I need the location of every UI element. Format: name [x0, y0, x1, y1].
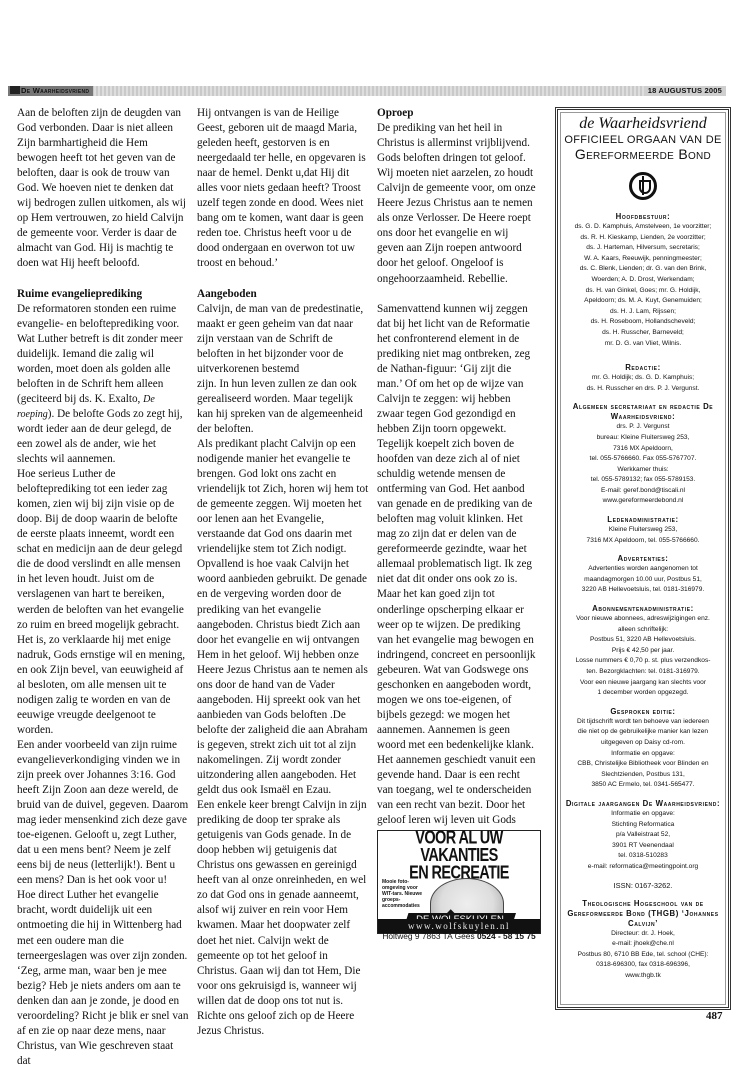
text-line: 3850 AC Ermelo, tel. 0341-565477.	[563, 780, 723, 791]
section-heading: Oproep	[377, 106, 537, 121]
text-line: Informatie en opgave:	[563, 809, 723, 820]
text-line: Voor nieuwe abonnees, adreswijzigingen e…	[563, 614, 723, 625]
page-number: 487	[706, 1010, 723, 1022]
text-line: uitgegeven op Daisy cd-rom.	[563, 738, 723, 749]
text-line: drs. P. J. Vergunst	[563, 422, 723, 433]
text-line: Voor een nieuwe jaargang kan slechts voo…	[563, 678, 723, 689]
text-line: Directeur: dr. J. Hoek,	[563, 929, 723, 940]
bond-emblem-icon	[629, 172, 657, 200]
logo-icon	[10, 86, 20, 94]
article-column-2: Hij ontvangen is van de Heilige Geest, g…	[197, 106, 369, 1039]
text-line: Kleine Fluitersweg 253,	[563, 525, 723, 536]
advertisement-wolfskuylen: VOOR AL UW VAKANTIES EN RECREATIE Mooie …	[377, 830, 541, 934]
text-line: ds. H. Roseboom, Hollandscheveld;	[563, 317, 723, 328]
masthead-organization: Gereformeerde Bond	[563, 147, 723, 162]
section-heading-abonnementen: Abonnementenadministratie:	[563, 604, 723, 614]
website-link[interactable]: www.gereformeerdebond.nl	[563, 496, 723, 507]
text-line: Prijs € 42,50 per jaar.	[563, 646, 723, 657]
text-line: Losse nummers € 0,70 p. st. plus verzend…	[563, 656, 723, 667]
text-line: Advertenties worden aangenomen tot	[563, 564, 723, 575]
masthead-title: de Waarheidsvriend	[563, 115, 723, 133]
text-line: 3220 AB Hellevoetsluis, tel. 0181-316979…	[563, 585, 723, 596]
paragraph: ‘Zeg, arme man, waar ben je mee bezig? H…	[17, 964, 189, 1068]
text-line: 0318-696300, fax 0318-696396,	[563, 960, 723, 971]
text-line: Postbus 51, 3220 AB Hellevoetsluis.	[563, 635, 723, 646]
text-line: 3901 RT Veenendaal	[563, 841, 723, 852]
text-line: p/a Valleistraat 52,	[563, 830, 723, 841]
text-run: De reformatoren stonden een ruime evange…	[17, 303, 183, 405]
paragraph: zijn. In hun leven zullen ze dan ook ger…	[197, 377, 369, 437]
subscription-info: Voor nieuwe abonnees, adreswijzigingen e…	[563, 614, 723, 699]
section-heading-hoofdbestuur: Hoofdbestuur:	[563, 212, 723, 222]
text-line: Postbus 80, 6710 BB Ede, tel. school (CH…	[563, 950, 723, 961]
email-link[interactable]: E-mail: geref.bond@tiscali.nl	[563, 486, 723, 497]
text-line: Informatie en opgave:	[563, 749, 723, 760]
masthead-subtitle: OFFICIEEL ORGAAN VAN DE	[563, 133, 723, 147]
section-heading: Aangeboden	[197, 287, 369, 302]
text-line: ten. Bezorgklachten: tel. 0181-316979.	[563, 667, 723, 678]
paragraph: De reformatoren stonden een ruime evange…	[17, 302, 189, 468]
text-line: Stichting Reformatica	[563, 820, 723, 831]
ad-headline-line1: VOOR AL UW VAKANTIES	[378, 830, 540, 865]
text-line: mr. D. G. van Vliet, Wilnis.	[563, 339, 723, 350]
section-heading: Ruime evangelieprediking	[17, 287, 189, 302]
secretariat-info: drs. P. J. Vergunst bureau: Kleine Fluit…	[563, 422, 723, 507]
text-line: Werkkamer thuis:	[563, 465, 723, 476]
email-link[interactable]: e-mail: jhoek@che.nl	[563, 939, 723, 950]
running-header: De Waarheidsvriend 18 Augustus 2005	[8, 86, 726, 96]
ad-illustration: Mooie foto-omgeving voor WIT-tars. Nieuw…	[378, 877, 540, 925]
publication-label: De Waarheidsvriend	[21, 86, 89, 95]
thgb-info: Directeur: dr. J. Hoek, e-mail: jhoek@ch…	[563, 929, 723, 982]
text-line: 1 december worden opgezegd.	[563, 688, 723, 699]
text-line: alleen schriftelijk:	[563, 625, 723, 636]
text-line: ds. H. Russcher, Barneveld;	[563, 328, 723, 339]
text-line: ds. H. J. Lam, Rijssen;	[563, 307, 723, 318]
section-heading-secretariaat: Algemeen secretariaat en redactie De Waa…	[563, 402, 723, 422]
text-line: Woerden; A. D. Drost, Werkendam;	[563, 275, 723, 286]
paragraph: De prediking van het heil in Christus is…	[377, 121, 537, 287]
paragraph: Opvallend is hoe vaak Calvijn het woord …	[197, 557, 369, 798]
issn-number: ISSN: 0167-3262.	[563, 881, 723, 891]
paragraph: Als predikant placht Calvijn op een nodi…	[197, 437, 369, 557]
section-heading-redactie: Redactie:	[563, 363, 723, 373]
membership-info: Kleine Fluitersweg 253, 7316 MX Apeldoor…	[563, 525, 723, 546]
paragraph: Hoe serieus Luther de belofteprediking t…	[17, 467, 189, 738]
text-line: ds. H. van Ginkel, Goes; mr. G. Holdijk,	[563, 286, 723, 297]
text-line: 7316 MX Apeldoorn,	[563, 444, 723, 455]
text-line: Dit tijdschrift wordt ten behoeve van ie…	[563, 717, 723, 728]
paragraph: Hij ontvangen is van de Heilige Geest, g…	[197, 106, 369, 272]
article-column-1: Aan de beloften zijn de deugden van God …	[17, 106, 189, 1068]
digital-archive-info: Informatie en opgave: Stichting Reformat…	[563, 809, 723, 873]
text-line: mr. G. Holdijk; ds. G. D. Kamphuis;	[563, 373, 723, 384]
ad-small-text: Mooie foto-omgeving voor WIT-tars. Nieuw…	[382, 879, 422, 909]
issue-date: 18 Augustus 2005	[644, 86, 726, 96]
audio-edition-info: Dit tijdschrift wordt ten behoeve van ie…	[563, 717, 723, 791]
ad-url: www.wolfskuylen.nl	[378, 919, 540, 933]
text-line: W. A. Kaars, Reeuwijk, penningmeester;	[563, 254, 723, 265]
editors-list: mr. G. Holdijk; ds. G. D. Kamphuis; ds. …	[563, 373, 723, 394]
text-line: ds. J. Harteman, Hilversum, secretaris;	[563, 243, 723, 254]
section-heading-digitale-jaargangen: Digitale jaargangen De Waarheidsvriend:	[563, 799, 723, 809]
text-line: Apeldoorn; ds. M. A. Kuyt, Genemuiden;	[563, 296, 723, 307]
paragraph: Een enkele keer brengt Calvijn in zijn p…	[197, 798, 369, 1039]
website-link[interactable]: www.thgb.tk	[563, 971, 723, 982]
text-line: tel. 0318-510283	[563, 851, 723, 862]
section-heading-thgb: Theologische Hogeschool van de Gereforme…	[563, 899, 723, 929]
text-line: ds. G. D. Kamphuis, Amstelveen, 1e voorz…	[563, 222, 723, 233]
text-line: die niet op de gebruikelijke manier kan …	[563, 727, 723, 738]
text-line: ds. R. H. Kieskamp, Lienden, 2e voorzitt…	[563, 233, 723, 244]
article-column-3: Oproep De prediking van het heil in Chri…	[377, 106, 537, 878]
email-link[interactable]: e-mail: reformatica@meetingpoint.org	[563, 862, 723, 873]
text-line: Slechtzienden, Postbus 131,	[563, 770, 723, 781]
advertising-info: Advertenties worden aangenomen tot maand…	[563, 564, 723, 596]
section-heading-advertenties: Advertenties:	[563, 554, 723, 564]
section-heading-ledenadministratie: Ledenadministratie:	[563, 515, 723, 525]
paragraph: Hoe direct Luther het evangelie bracht, …	[17, 888, 189, 963]
text-line: ds. C. Blenk, Lienden; dr. G. van den Br…	[563, 264, 723, 275]
publication-name-header: De Waarheidsvriend	[8, 86, 93, 96]
ad-headline: VOOR AL UW VAKANTIES EN RECREATIE	[378, 830, 540, 883]
paragraph: Calvijn, de man van de predestinatie, ma…	[197, 302, 369, 377]
text-line: CBB, Christelijke Bibliotheek voor Blind…	[563, 759, 723, 770]
masthead-colophon: de Waarheidsvriend OFFICIEEL ORGAAN VAN …	[555, 107, 731, 1010]
text-line: tel. 055-5766660. Fax 055-5767707.	[563, 454, 723, 465]
text-line: 7316 MX Apeldoorn, tel. 055-5766660.	[563, 536, 723, 547]
text-line: ds. H. Russcher en drs. P. J. Vergunst.	[563, 384, 723, 395]
paragraph: Samenvattend kunnen wij zeggen dat bij h…	[377, 302, 537, 859]
board-list: ds. G. D. Kamphuis, Amstelveen, 1e voorz…	[563, 222, 723, 349]
section-heading-gesproken-editie: Gesproken editie:	[563, 707, 723, 717]
text-line: tel. 055-5789132; fax 055-5789153.	[563, 475, 723, 486]
paragraph: Aan de beloften zijn de deugden van God …	[17, 106, 189, 272]
text-line: maandagmorgen 10.00 uur, Postbus 51,	[563, 575, 723, 586]
paragraph: Een ander voorbeeld van zijn ruime evang…	[17, 738, 189, 888]
text-line: bureau: Kleine Fluitersweg 253,	[563, 433, 723, 444]
